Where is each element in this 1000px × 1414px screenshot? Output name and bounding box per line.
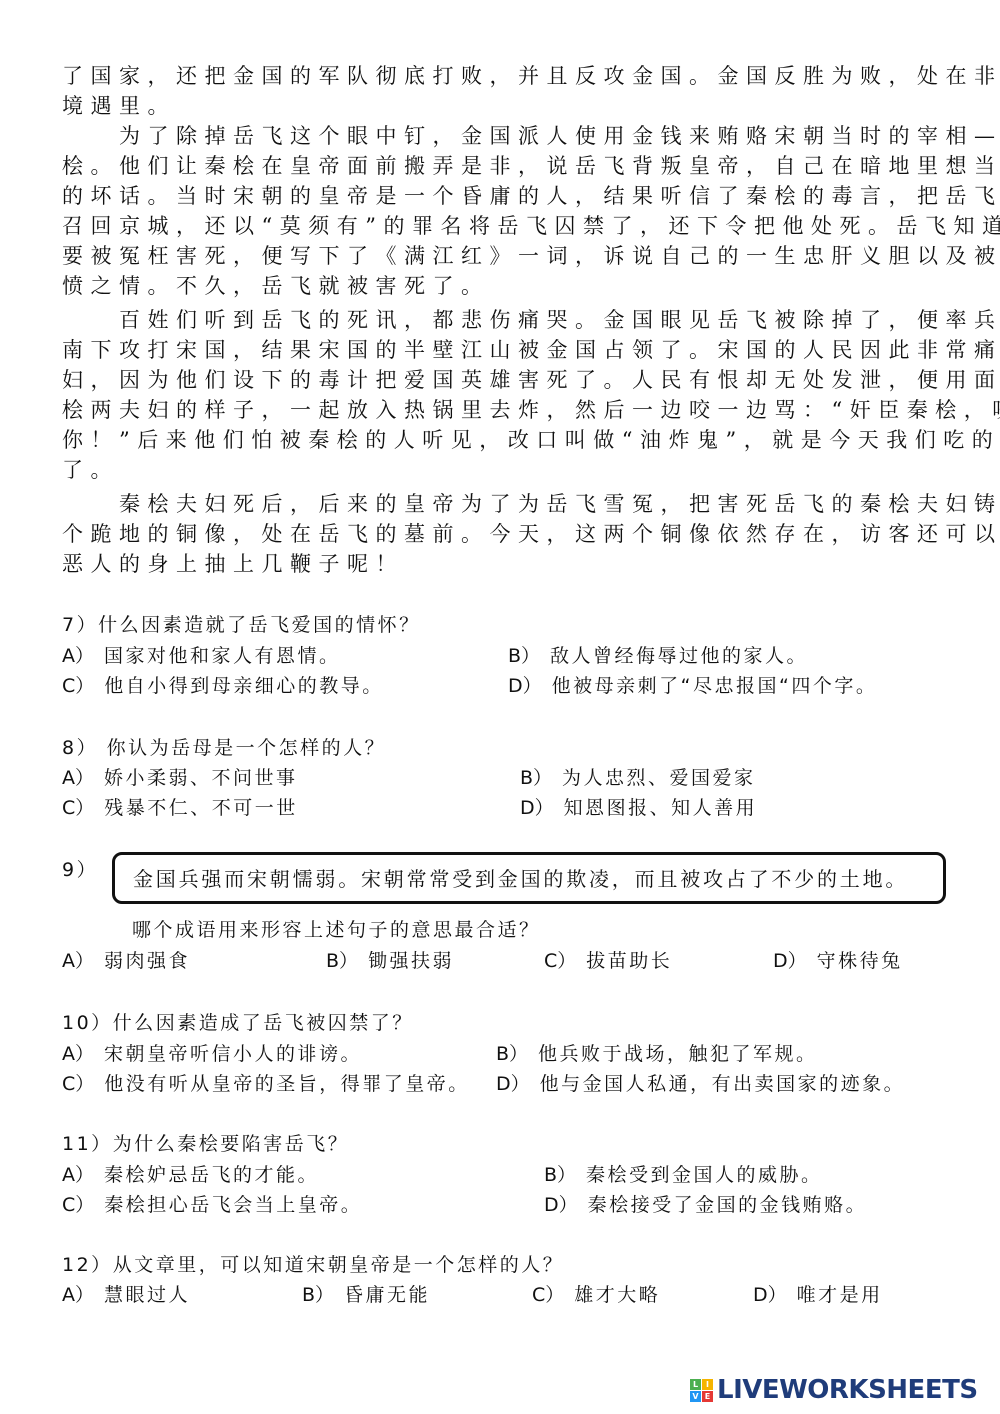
option-label: C） bbox=[544, 950, 576, 972]
option-text: 秦桧担心岳飞会当上皇帝。 bbox=[104, 1194, 362, 1216]
option-label: B） bbox=[302, 1284, 334, 1306]
option-text: 守株待兔 bbox=[817, 950, 903, 972]
option-b[interactable]: B）为人忠烈、爱国爱家 bbox=[520, 765, 756, 791]
passage-line: 南下攻打宋国，结果宋国的半壁江山被金国占领了。宋国的人民因此非常痛恨秦桧夫 bbox=[62, 336, 942, 365]
logo-tile: L bbox=[690, 1379, 701, 1390]
option-b[interactable]: B）他兵败于战场，触犯了军规。 bbox=[496, 1041, 818, 1067]
question-text: 为什么秦桧要陷害岳飞？ bbox=[113, 1133, 350, 1155]
option-d[interactable]: D）他被母亲刺了“尽忠报国“四个字。 bbox=[508, 673, 877, 699]
option-label: C） bbox=[62, 1194, 94, 1216]
passage-line: 桧。他们让秦桧在皇帝面前搬弄是非，说岳飞背叛皇帝，自己在暗地里想当皇帝等等 bbox=[62, 152, 942, 181]
option-label: D） bbox=[496, 1073, 530, 1095]
option-text: 敌人曾经侮辱过他的家人。 bbox=[550, 645, 808, 667]
option-c[interactable]: C）雄才大略 bbox=[532, 1282, 660, 1308]
worksheet-page: 了国家，还把金国的军队彻底打败，并且反攻金国。金国反胜为败，处在非常危险的 境遇… bbox=[0, 0, 1000, 1414]
option-label: A） bbox=[62, 950, 94, 972]
liveworksheets-logo: L I V E LIVEWORKSHEETS bbox=[690, 1375, 978, 1405]
option-text: 慧眼过人 bbox=[104, 1284, 190, 1306]
option-label: C） bbox=[62, 675, 94, 697]
logo-text: LIVEWORKSHEETS bbox=[717, 1375, 978, 1405]
option-d[interactable]: D）秦桧接受了金国的金钱贿赂。 bbox=[544, 1192, 867, 1218]
option-a[interactable]: A）国家对他和家人有恩情。 bbox=[62, 643, 341, 669]
passage-line: 境遇里。 bbox=[62, 92, 942, 121]
option-text: 残暴不仁、不可一世 bbox=[104, 797, 298, 819]
option-b[interactable]: B）昏庸无能 bbox=[302, 1282, 430, 1308]
option-c[interactable]: C）他没有听从皇帝的圣旨，得罪了皇帝。 bbox=[62, 1071, 470, 1097]
option-label: A） bbox=[62, 767, 94, 789]
logo-tile: I bbox=[702, 1379, 713, 1390]
option-c[interactable]: C）残暴不仁、不可一世 bbox=[62, 795, 298, 821]
passage-line: 了。 bbox=[62, 456, 942, 485]
option-label: D） bbox=[544, 1194, 578, 1216]
question-text: 什么因素造成了岳飞被囚禁了？ bbox=[113, 1012, 414, 1034]
option-a[interactable]: A）弱肉强食 bbox=[62, 948, 190, 974]
option-text: 弱肉强食 bbox=[104, 950, 190, 972]
option-c[interactable]: C）秦桧担心岳飞会当上皇帝。 bbox=[62, 1192, 362, 1218]
option-d[interactable]: D）唯才是用 bbox=[753, 1282, 883, 1308]
logo-tiles-icon: L I V E bbox=[690, 1379, 713, 1402]
option-c[interactable]: C）拔苗助长 bbox=[544, 948, 672, 974]
option-d[interactable]: D）他与金国人私通，有出卖国家的迹象。 bbox=[496, 1071, 905, 1097]
question-number: 8） bbox=[62, 737, 98, 759]
question-number: 12） bbox=[62, 1254, 113, 1276]
option-label: C） bbox=[532, 1284, 564, 1306]
option-text: 锄强扶弱 bbox=[368, 950, 454, 972]
logo-tile: V bbox=[690, 1391, 701, 1402]
question-number: 9） bbox=[62, 857, 98, 883]
option-a[interactable]: A）娇小柔弱、不问世事 bbox=[62, 765, 298, 791]
passage-line: 百姓们听到岳飞的死讯，都悲伤痛哭。金国眼见岳飞被除掉了，便率兵大举 bbox=[62, 306, 942, 335]
option-text: 娇小柔弱、不问世事 bbox=[104, 767, 298, 789]
option-text: 唯才是用 bbox=[797, 1284, 883, 1306]
option-text: 秦桧受到金国人的威胁。 bbox=[586, 1164, 823, 1186]
option-text: 为人忠烈、爱国爱家 bbox=[562, 767, 756, 789]
logo-tile: E bbox=[702, 1391, 713, 1402]
question-number: 11） bbox=[62, 1133, 113, 1155]
option-text: 他兵败于战场，触犯了军规。 bbox=[538, 1043, 818, 1065]
option-b[interactable]: B）秦桧受到金国人的威胁。 bbox=[544, 1162, 823, 1188]
question-prompt: 8） 你认为岳母是一个怎样的人？ bbox=[62, 735, 386, 761]
option-label: C） bbox=[62, 1073, 94, 1095]
option-text: 宋朝皇帝听信小人的诽谤。 bbox=[104, 1043, 362, 1065]
passage-line: 桧两夫妇的样子，一起放入热锅里去炸，然后一边咬一边骂：“奸臣秦桧，咬死 bbox=[62, 396, 942, 425]
option-a[interactable]: A）宋朝皇帝听信小人的诽谤。 bbox=[62, 1041, 362, 1067]
option-text: 昏庸无能 bbox=[344, 1284, 430, 1306]
question-prompt: 11）为什么秦桧要陷害岳飞？ bbox=[62, 1131, 349, 1157]
option-text: 秦桧接受了金国的金钱贿赂。 bbox=[588, 1194, 868, 1216]
question-prompt: 7）什么因素造就了岳飞爱国的情怀？ bbox=[62, 612, 421, 638]
question-prompt: 12）从文章里，可以知道宋朝皇帝是一个怎样的人？ bbox=[62, 1252, 564, 1278]
passage-line: 你！”后来他们怕被秦桧的人听见，改口叫做“油炸鬼”，就是今天我们吃的油条 bbox=[62, 426, 942, 455]
passage-line: 恶人的身上抽上几鞭子呢！ bbox=[62, 550, 942, 579]
question-text: 你认为岳母是一个怎样的人？ bbox=[98, 737, 386, 759]
question-number: 10） bbox=[62, 1012, 113, 1034]
option-label: B） bbox=[508, 645, 540, 667]
passage-line: 妇，因为他们设下的毒计把爱国英雄害死了。人民有恨却无处发泄，便用面团搓成秦 bbox=[62, 366, 942, 395]
option-text: 他被母亲刺了“尽忠报国“四个字。 bbox=[552, 675, 878, 697]
option-label: B） bbox=[520, 767, 552, 789]
passage-line: 个跪地的铜像，处在岳飞的墓前。今天，这两个铜像依然存在，访客还可以在这两个 bbox=[62, 520, 942, 549]
question-prompt: 10）什么因素造成了岳飞被囚禁了？ bbox=[62, 1010, 414, 1036]
option-b[interactable]: B）锄强扶弱 bbox=[326, 948, 454, 974]
option-b[interactable]: B）敌人曾经侮辱过他的家人。 bbox=[508, 643, 808, 669]
option-label: D） bbox=[508, 675, 542, 697]
passage-line: 了国家，还把金国的军队彻底打败，并且反攻金国。金国反胜为败，处在非常危险的 bbox=[62, 62, 942, 91]
passage-line: 愤之情。不久，岳飞就被害死了。 bbox=[62, 272, 942, 301]
question-text: 从文章里，可以知道宋朝皇帝是一个怎样的人？ bbox=[113, 1254, 565, 1276]
option-label: B） bbox=[326, 950, 358, 972]
option-text: 知恩图报、知人善用 bbox=[564, 797, 758, 819]
option-text: 国家对他和家人有恩情。 bbox=[104, 645, 341, 667]
option-label: B） bbox=[544, 1164, 576, 1186]
option-label: D） bbox=[753, 1284, 787, 1306]
option-label: A） bbox=[62, 645, 94, 667]
option-text: 他自小得到母亲细心的教导。 bbox=[104, 675, 384, 697]
passage-line: 的坏话。当时宋朝的皇帝是一个昏庸的人，结果听信了秦桧的毒言，把岳飞千里迢迢 bbox=[62, 182, 942, 211]
option-label: A） bbox=[62, 1164, 94, 1186]
option-label: C） bbox=[62, 797, 94, 819]
option-text: 他没有听从皇帝的圣旨，得罪了皇帝。 bbox=[104, 1073, 470, 1095]
passage-line: 召回京城，还以“莫须有”的罪名将岳飞囚禁了，还下令把他处死。岳飞知道自己将 bbox=[62, 212, 942, 241]
option-label: A） bbox=[62, 1043, 94, 1065]
passage-line: 要被冤枉害死，便写下了《满江红》一词，诉说自己的一生忠肝义胆以及被冤枉的悲 bbox=[62, 242, 942, 271]
option-d[interactable]: D）守株待兔 bbox=[773, 948, 903, 974]
option-text: 秦桧妒忌岳飞的才能。 bbox=[104, 1164, 319, 1186]
option-text: 雄才大略 bbox=[574, 1284, 660, 1306]
option-c[interactable]: C）他自小得到母亲细心的教导。 bbox=[62, 673, 384, 699]
quoted-sentence: 金国兵强而宋朝懦弱。宋朝常常受到金国的欺凌，而且被攻占了不少的土地。 bbox=[133, 866, 908, 892]
question-text: 什么因素造就了岳飞爱国的情怀？ bbox=[98, 614, 421, 636]
option-text: 他与金国人私通，有出卖国家的迹象。 bbox=[540, 1073, 906, 1095]
option-d[interactable]: D）知恩图报、知人善用 bbox=[520, 795, 757, 821]
option-label: D） bbox=[520, 797, 554, 819]
option-text: 拔苗助长 bbox=[586, 950, 672, 972]
quoted-sentence-box: 金国兵强而宋朝懦弱。宋朝常常受到金国的欺凌，而且被攻占了不少的土地。 bbox=[112, 852, 946, 904]
option-a[interactable]: A）秦桧妒忌岳飞的才能。 bbox=[62, 1162, 319, 1188]
passage-line: 秦桧夫妇死后，后来的皇帝为了为岳飞雪冤，把害死岳飞的秦桧夫妇铸成两 bbox=[62, 490, 942, 519]
passage-line: 为了除掉岳飞这个眼中钉，金国派人使用金钱来贿赂宋朝当时的宰相——秦 bbox=[62, 122, 942, 151]
option-label: A） bbox=[62, 1284, 94, 1306]
option-a[interactable]: A）慧眼过人 bbox=[62, 1282, 190, 1308]
option-label: B） bbox=[496, 1043, 528, 1065]
question-number: 7） bbox=[62, 614, 98, 636]
option-label: D） bbox=[773, 950, 807, 972]
question-text: 哪个成语用来形容上述句子的意思最合适？ bbox=[132, 917, 541, 943]
